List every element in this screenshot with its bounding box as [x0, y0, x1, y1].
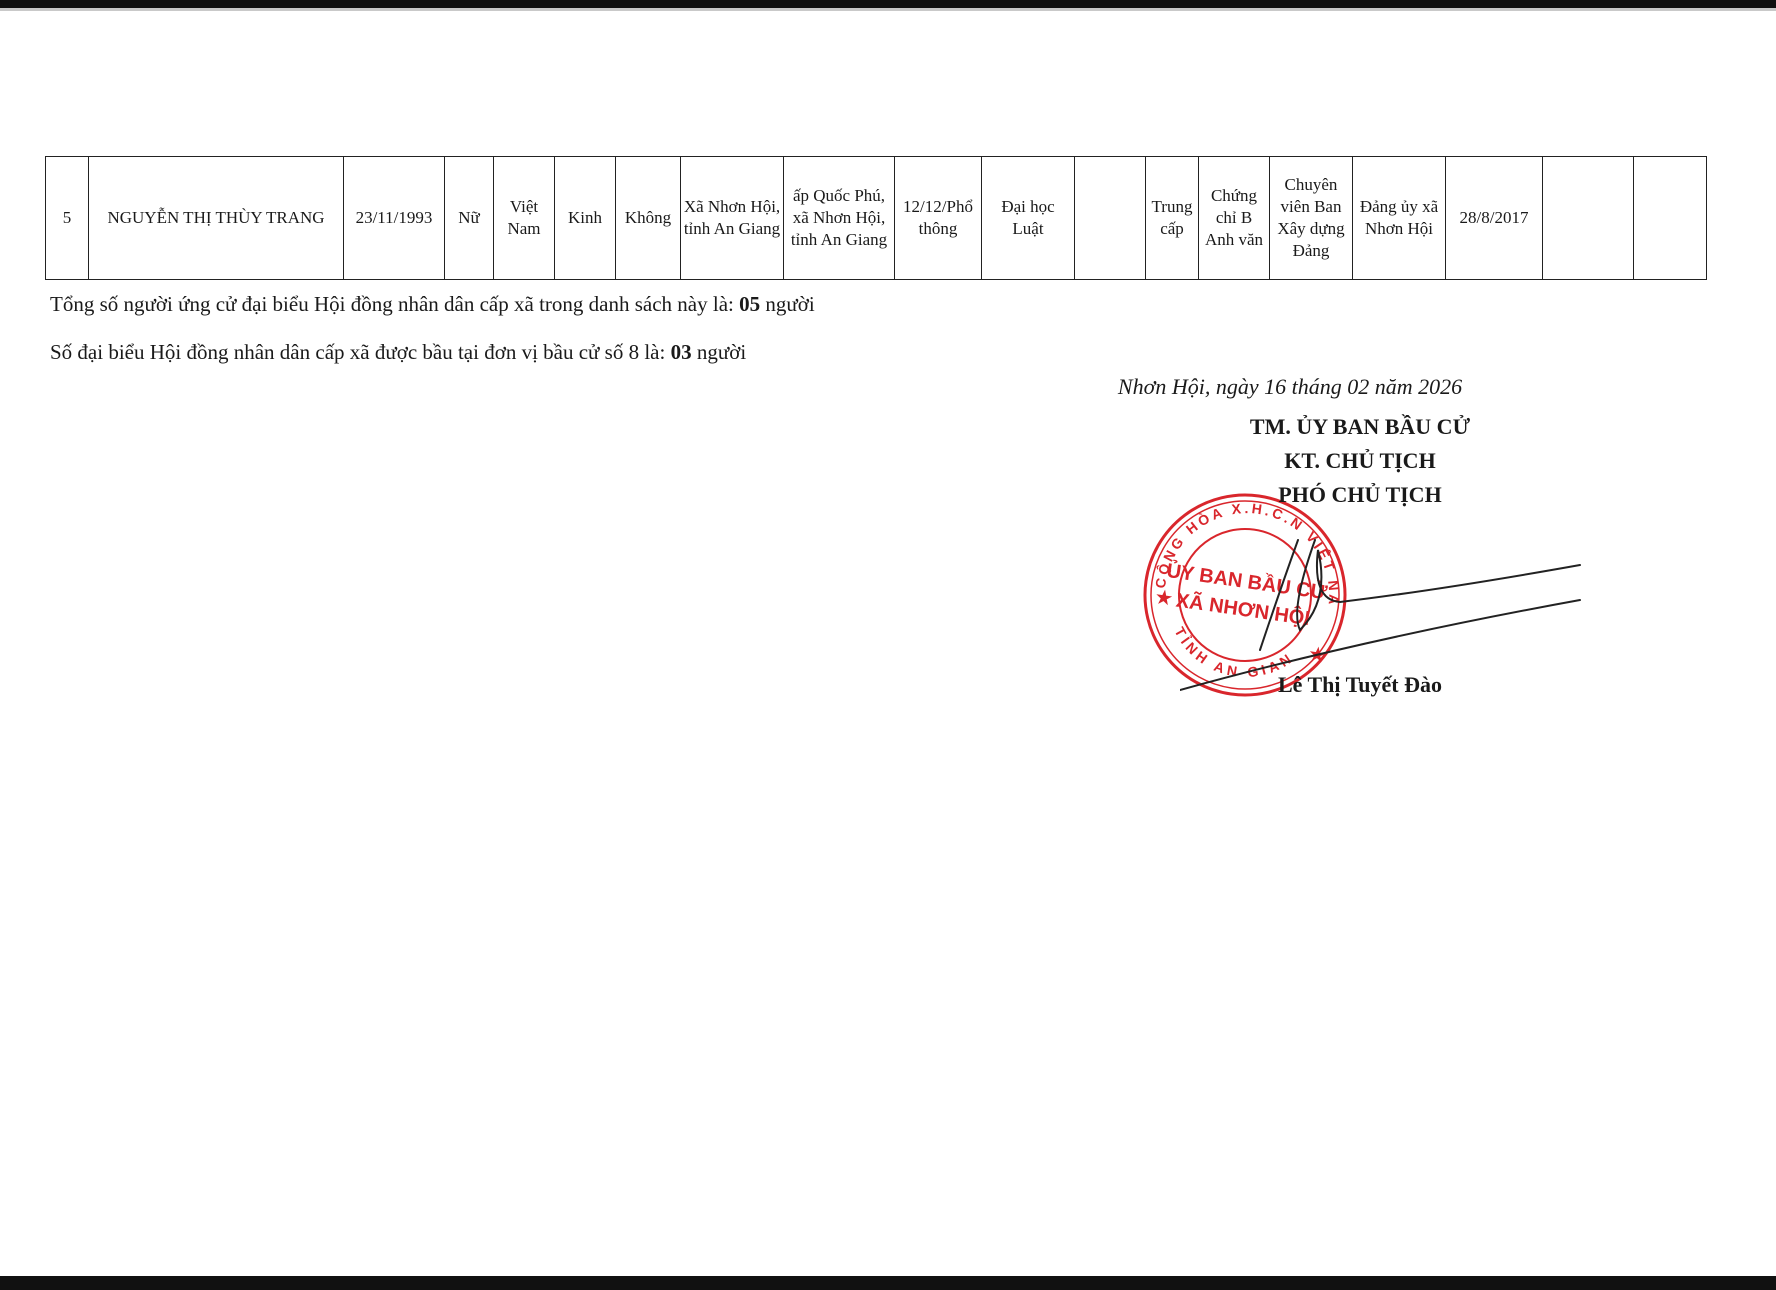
cell-ethnicity: Kinh [555, 157, 616, 280]
cell-full-name: NGUYỄN THỊ THÙY TRANG [89, 157, 344, 280]
cell-professional: Đại học Luật [982, 157, 1075, 280]
summary-total-text: Tổng số người ứng cử đại biểu Hội đồng n… [50, 292, 739, 316]
table-row: 5 NGUYỄN THỊ THÙY TRANG 23/11/1993 Nữ Vi… [46, 157, 1707, 280]
cell-occupation: Chuyên viên Ban Xây dựng Đảng [1270, 157, 1353, 280]
summary-seats: Số đại biểu Hội đồng nhân dân cấp xã đượ… [50, 340, 746, 365]
summary-total-count: 05 [739, 292, 760, 316]
role-title-2: PHÓ CHỦ TỊCH [1180, 482, 1540, 508]
signer-name: Lê Thị Tuyết Đào [1180, 672, 1540, 698]
cell-dob: 23/11/1993 [344, 157, 445, 280]
cell-party-join-date: 28/8/2017 [1446, 157, 1543, 280]
cell-workplace: Đảng ủy xã Nhơn Hội [1353, 157, 1446, 280]
svg-text:★: ★ [1155, 587, 1175, 609]
cell-hometown: Xã Nhơn Hội, tỉnh An Giang [681, 157, 784, 280]
cell-general-education: 12/12/Phổ thông [895, 157, 982, 280]
cell-foreign-language: Chứng chỉ B Anh văn [1199, 157, 1270, 280]
cell-residence: ấp Quốc Phú, xã Nhơn Hội, tỉnh An Giang [784, 157, 895, 280]
cell-gender: Nữ [445, 157, 494, 280]
cell-political-theory: Trung cấp [1146, 157, 1199, 280]
cell-col-19 [1634, 157, 1707, 280]
top-border [0, 0, 1776, 10]
candidate-table: 5 NGUYỄN THỊ THÙY TRANG 23/11/1993 Nữ Vi… [45, 156, 1707, 280]
cell-academic-title [1075, 157, 1146, 280]
summary-total-unit: người [760, 292, 815, 316]
summary-seats-text: Số đại biểu Hội đồng nhân dân cấp xã đượ… [50, 340, 671, 364]
cell-stt: 5 [46, 157, 89, 280]
cell-religion: Không [616, 157, 681, 280]
role-title-1: KT. CHỦ TỊCH [1180, 448, 1540, 474]
top-border-edge [0, 8, 1776, 11]
summary-total-candidates: Tổng số người ứng cử đại biểu Hội đồng n… [50, 292, 815, 317]
org-title: TM. ỦY BAN BẦU CỬ [1180, 414, 1540, 440]
cell-col-18 [1543, 157, 1634, 280]
summary-seats-count: 03 [671, 340, 692, 364]
date-line: Nhơn Hội, ngày 16 tháng 02 năm 2026 [1080, 374, 1500, 400]
cell-nationality: Việt Nam [494, 157, 555, 280]
bottom-border [0, 1276, 1776, 1290]
summary-seats-unit: người [692, 340, 747, 364]
